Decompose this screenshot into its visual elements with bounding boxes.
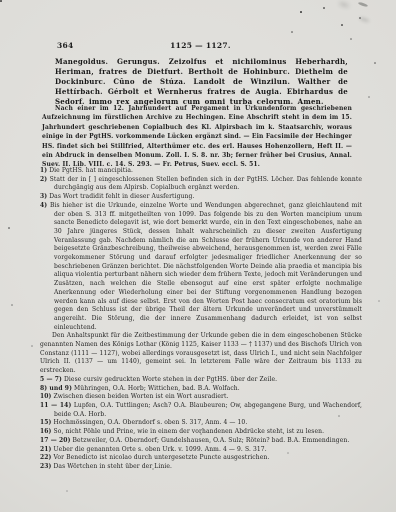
footnote-number: 23): [40, 463, 52, 470]
footnote-number: 1): [40, 167, 47, 174]
footnote-2: 2) Statt der in [ ] eingeschlossenen Ste…: [40, 176, 362, 193]
footnote-17-20: 17 — 20) Betzweiler, O.A. Oberndorf; Gun…: [40, 437, 362, 446]
footnote-22: 22) Vor Benedicto ist nicolao durch unte…: [40, 454, 362, 463]
page-date-range: 1125 — 1127.: [55, 41, 346, 50]
footnote-10: 10) Zwischen diesen beiden Worten ist ei…: [40, 393, 362, 402]
footnote-text: Betzweiler, O.A. Oberndorf; Gundelshause…: [73, 437, 350, 444]
footnote-21: 21) Ueber die genannten Orte s. oben Urk…: [40, 446, 362, 455]
footnote-number: 2): [40, 176, 47, 183]
footnote-text: Mühringen, O.A. Horb; Wittichen, bad. B.…: [74, 385, 240, 392]
footnote-number: 8) und 9): [40, 385, 72, 392]
footnote-text: Diese cursiv gedruckten Worte stehen in …: [64, 376, 277, 383]
footnote-text: Hochmössingen, O.A. Oberndorf s. oben S.…: [54, 419, 248, 426]
footnote-1: 1) Die PgtHS. hat mancipitia.: [40, 167, 362, 176]
footnote-5-7: 5 — 7) Diese cursiv gedruckten Worte ste…: [40, 376, 362, 385]
footnote-number: 17 — 20): [40, 437, 71, 444]
footnote-15: 15) Hochmössingen, O.A. Oberndorf s. obe…: [40, 419, 362, 428]
footnote-number: 10): [40, 393, 52, 400]
footnote-text: Die PgtHS. hat mancipitia.: [49, 167, 133, 174]
footnote-number: 11 — 14): [40, 402, 71, 409]
footnote-16: 16) So, nicht Pöhle und Prine, wie in ei…: [40, 428, 362, 437]
footnote-text: Ueber die genannten Orte s. oben Urk. v.…: [54, 446, 267, 453]
page-header: 364 1125 — 1127.: [55, 41, 346, 53]
document-page: 364 1125 — 1127. Manegoldus. Gerungus. Z…: [0, 0, 396, 512]
scan-noise-specks: [0, 0, 2, 2]
footnote-number: 21): [40, 446, 52, 453]
footnote-text: Vor Benedicto ist nicolao durch unterges…: [54, 454, 270, 461]
footnote-3: 3) Das Wort tradidit fehlt in dieser Aus…: [40, 193, 362, 202]
charter-text-paragraph: Manegoldus. Gerungus. Zeizolfus et nichi…: [55, 57, 348, 107]
footnote-number: 16): [40, 428, 52, 435]
footnote-text: Lupfen, O.A. Tuttlingen; Asch? O.A. Blau…: [54, 402, 362, 418]
footnote-4-continuation: Den Anhaltspunkt für die Zeitbestimmung …: [40, 332, 362, 376]
footnote-text: Bis hieher ist die Urkunde, einzelne Wor…: [50, 202, 362, 331]
footnote-number: 4): [40, 202, 47, 209]
footnotes-section: 1) Die PgtHS. hat mancipitia. 2) Statt d…: [40, 167, 362, 472]
footnote-4: 4) Bis hieher ist die Urkunde, einzelne …: [40, 202, 362, 333]
footnote-text: So, nicht Pöhle und Prine, wie in einem …: [54, 428, 325, 435]
footnote-text: Zwischen diesen beiden Worten ist ein Wo…: [54, 393, 229, 400]
footnote-number: 3): [40, 193, 47, 200]
footnote-8-9: 8) und 9) Mühringen, O.A. Horb; Wittiche…: [40, 385, 362, 394]
footnote-11-14: 11 — 14) Lupfen, O.A. Tuttlingen; Asch? …: [40, 402, 362, 419]
footnote-text: Den Anhaltspunkt für die Zeitbestimmung …: [40, 332, 362, 374]
footnote-number: 5 — 7): [40, 376, 62, 383]
footnote-number: 15): [40, 419, 52, 426]
footnote-text: Das Wörtchen in steht über der Linie.: [54, 463, 173, 470]
scan-smudge: [358, 2, 368, 8]
footnote-number: 22): [40, 454, 52, 461]
footnote-text: Das Wort tradidit fehlt in dieser Ausfer…: [49, 193, 194, 200]
source-note-paragraph: Nach einer im 12. Jahrhundert auf Pergam…: [42, 104, 352, 170]
footnote-23: 23) Das Wörtchen in steht über der Linie…: [40, 463, 362, 472]
footnote-text: Statt der in [ ] eingeschlossenen Stelle…: [50, 176, 362, 192]
